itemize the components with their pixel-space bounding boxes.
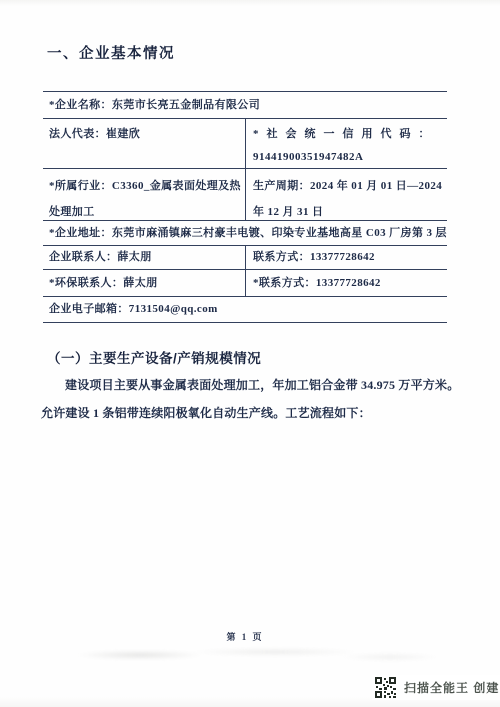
scan-artifact-smudge xyxy=(0,646,500,666)
scanner-watermark: 扫描全能王 创建 xyxy=(372,675,500,700)
document-title: 一、企业基本情况 xyxy=(47,42,175,63)
table-row: 企业联系人：薛太朋 联系方式：13377728642 xyxy=(43,246,447,270)
qr-code-icon xyxy=(374,676,397,699)
body-paragraph: 建设项目主要从事金属表面处理加工，年加工铝合金带 34.975 万平方米。允许建… xyxy=(41,372,465,427)
table-row: 法人代表：崔建欣 *社会统一信用代码： 91441900351947482A xyxy=(43,119,447,169)
contact-person-cell: 企业联系人：薛太朋 xyxy=(43,246,245,269)
scanned-document-page: 一、企业基本情况 *企业名称：东莞市长亮五金制品有限公司 法人代表：崔建欣 *社… xyxy=(0,0,500,707)
table-row: 企业电子邮箱：7131504@qq.com xyxy=(43,297,447,323)
env-contact-person-cell: *环保联系人：薛太朋 xyxy=(43,270,245,296)
table-row: *所属行业：C3360_金属表面处理及热处理加工 生产周期：2024 年 01 … xyxy=(43,169,447,221)
watermark-label: 扫描全能王 创建 xyxy=(404,679,499,696)
production-cycle-cell: 生产周期：2024 年 01 月 01 日—2024 年 12 月 31 日 xyxy=(245,169,447,220)
contact-phone-cell: 联系方式：13377728642 xyxy=(245,246,447,269)
table-row: *环保联系人：薛太朋 *联系方式：13377728642 xyxy=(43,270,447,297)
enterprise-name-cell: *企业名称：东莞市长亮五金制品有限公司 xyxy=(43,92,447,118)
table-row: *企业名称：东莞市长亮五金制品有限公司 xyxy=(43,92,447,119)
env-contact-phone-cell: *联系方式：13377728642 xyxy=(245,270,447,296)
legal-representative-cell: 法人代表：崔建欣 xyxy=(43,119,245,168)
credit-code-value: 91441900351947482A xyxy=(253,146,447,168)
industry-cell: *所属行业：C3360_金属表面处理及热处理加工 xyxy=(43,169,245,220)
section-heading: （一）主要生产设备/产销规模情况 xyxy=(47,347,261,367)
enterprise-email-cell: 企业电子邮箱：7131504@qq.com xyxy=(43,297,447,322)
enterprise-info-table: *企业名称：东莞市长亮五金制品有限公司 法人代表：崔建欣 *社会统一信用代码： … xyxy=(43,91,447,323)
credit-code-label: *社会统一信用代码： xyxy=(253,122,447,146)
page-number: 第 1 页 xyxy=(195,630,295,643)
enterprise-address-cell: *企业地址：东莞市麻涌镇麻三村豪丰电镀、印染专业基地高星 C03 厂房第 3 层 xyxy=(43,221,447,245)
table-row: *企业地址：东莞市麻涌镇麻三村豪丰电镀、印染专业基地高星 C03 厂房第 3 层 xyxy=(43,221,447,246)
credit-code-cell: *社会统一信用代码： 91441900351947482A xyxy=(245,119,447,168)
